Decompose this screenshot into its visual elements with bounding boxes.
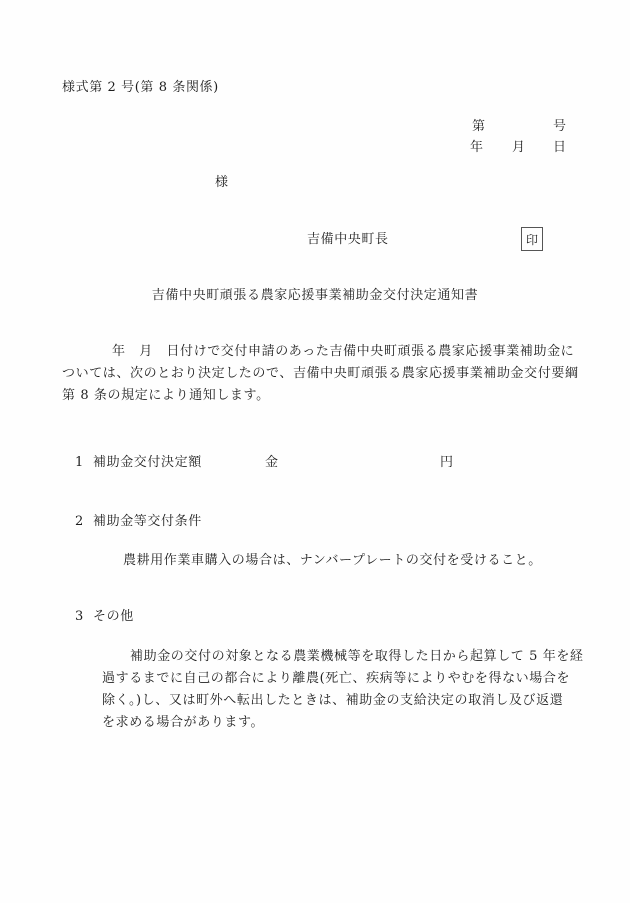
- body-line: 年 月 日付けで交付申請のあった吉備中央町頑張る農家応援事業補助金に: [62, 341, 579, 363]
- body-paragraph: 年 月 日付けで交付申請のあった吉備中央町頑張る農家応援事業補助金に ついては、…: [62, 341, 579, 407]
- date-day-label: 日: [553, 138, 567, 158]
- date-year-label: 年: [470, 138, 484, 158]
- seal-stamp: 印: [521, 227, 543, 251]
- note-line: 過するまでに自己の都合により離農(死亡、疾病等によりやむを得ない場合を: [102, 668, 584, 690]
- sender-title: 吉備中央町長: [307, 230, 389, 250]
- item-2-number: 2: [75, 512, 84, 532]
- body-line: ついては、次のとおり決定したので、吉備中央町頑張る農家応援事業補助金交付要綱: [62, 363, 579, 385]
- body-line: 第 8 条の規定により通知します。: [62, 385, 579, 407]
- item-2-condition: 農耕用作業車購入の場合は、ナンバープレートの交付を受けること。: [123, 551, 542, 571]
- recipient-honorific: 様: [215, 173, 229, 193]
- document-number-prefix: 第: [472, 117, 486, 137]
- form-number-label: 様式第 2 号(第 8 条関係): [62, 78, 219, 98]
- item-2-label: 補助金等交付条件: [93, 512, 202, 532]
- note-line: 除く。)し、又は町外へ転出したときは、補助金の支給決定の取消し及び返還: [102, 690, 584, 712]
- document-number-suffix: 号: [553, 117, 567, 137]
- item-1-label: 補助金交付決定額: [93, 453, 202, 473]
- item-3-note: 補助金の交付の対象となる農業機械等を取得した日から起算して 5 年を経 過するま…: [102, 646, 584, 734]
- amount-prefix: 金: [265, 453, 279, 473]
- item-1-number: 1: [75, 453, 84, 473]
- note-line: 補助金の交付の対象となる農業機械等を取得した日から起算して 5 年を経: [102, 646, 584, 668]
- item-3-label: その他: [93, 607, 134, 627]
- document-title: 吉備中央町頑張る農家応援事業補助金交付決定通知書: [0, 286, 630, 306]
- document-page: 様式第 2 号(第 8 条関係) 第 号 年 月 日 様 吉備中央町長 印 吉備…: [0, 0, 630, 903]
- note-line: を求める場合があります。: [102, 712, 584, 734]
- amount-unit: 円: [440, 453, 454, 473]
- date-month-label: 月: [512, 138, 526, 158]
- item-3-number: 3: [75, 607, 84, 627]
